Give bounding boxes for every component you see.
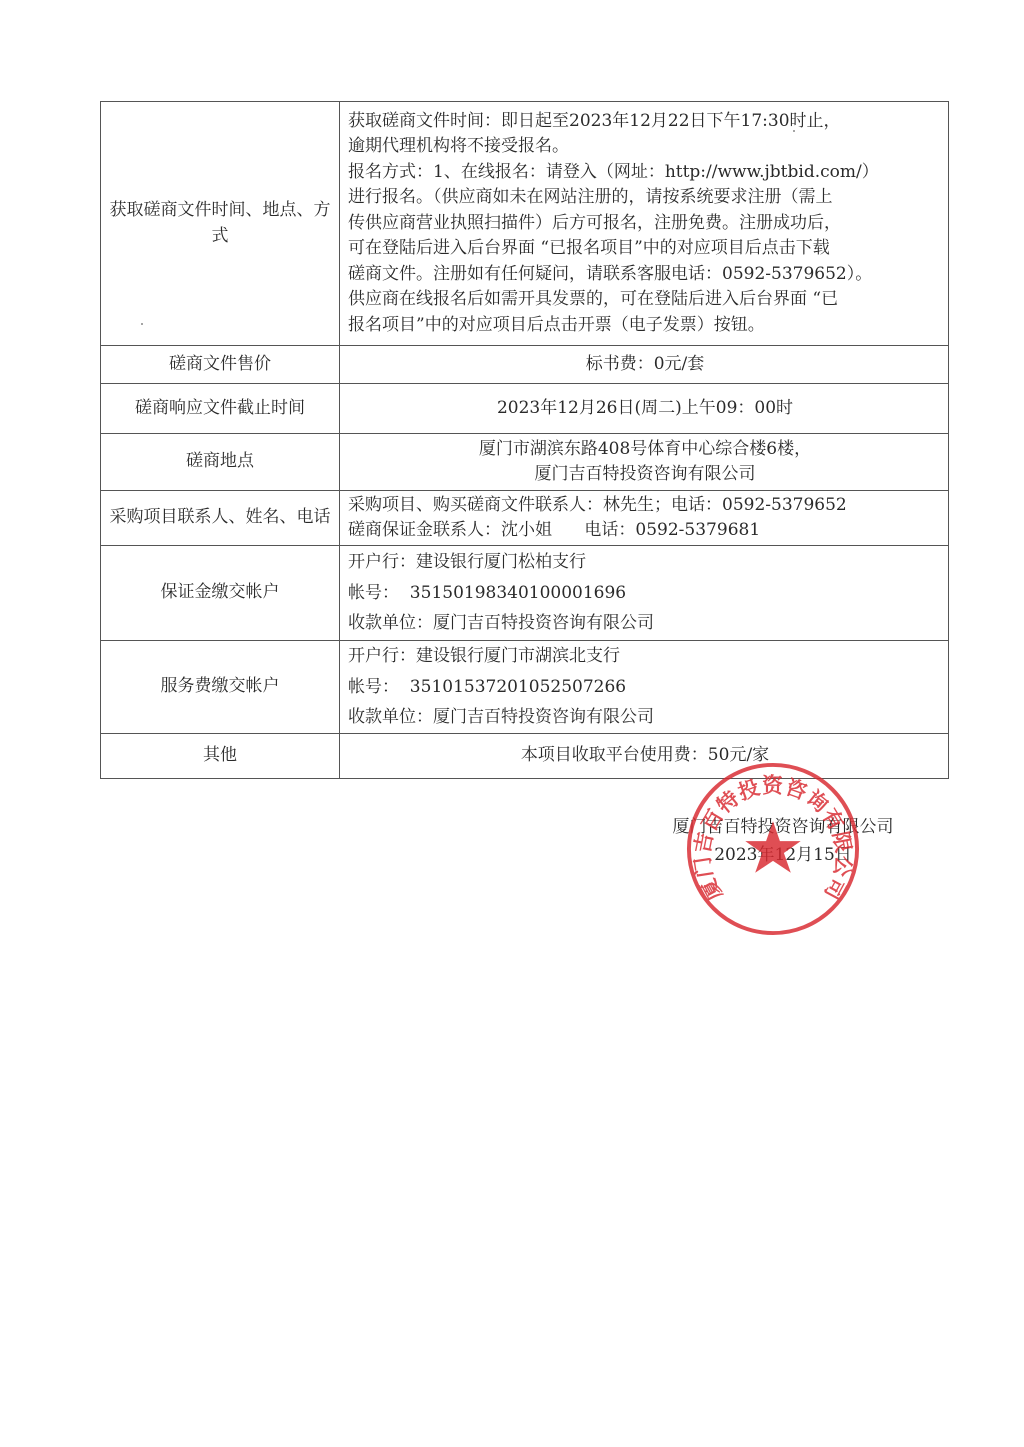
row-value: 2023年12月26日(周二)上午09：00时: [340, 384, 949, 434]
text-line: 厦门吉百特投资咨询有限公司: [348, 462, 942, 488]
row-label: 采购项目联系人、姓名、电话: [101, 491, 340, 546]
row-label: 磋商文件售价: [101, 346, 340, 384]
row-label: 磋商地点: [101, 434, 340, 491]
text-line: 磋商保证金联系人：沈小姐 电话：0592-5379681: [348, 518, 942, 544]
row-label: 其他: [101, 733, 340, 778]
row-value: 获取磋商文件时间：即日起至2023年12月22日下午17:30时止， 逾期代理机…: [340, 102, 949, 346]
row-label: 保证金缴交帐户: [101, 546, 340, 641]
scan-speck: [793, 130, 795, 132]
row-value: 厦门市湖滨东路408号体育中心综合楼6楼， 厦门吉百特投资咨询有限公司: [340, 434, 949, 491]
text-line: 厦门市湖滨东路408号体育中心综合楼6楼，: [348, 437, 942, 463]
table-row-deadline: 磋商响应文件截止时间 2023年12月26日(周二)上午09：00时: [101, 384, 949, 434]
table-row-other: 其他 本项目收取平台使用费：50元/家: [101, 733, 949, 778]
payee: 收款单位：厦门吉百特投资咨询有限公司: [348, 702, 942, 733]
account-number: 帐号： 35101537201052507266: [348, 672, 942, 703]
text-line: 传供应商营业执照扫描件）后方可报名，注册免费。注册成功后，: [348, 211, 942, 237]
text-line: 磋商文件。注册如有任何疑问，请联系客服电话：0592-5379652）。: [348, 262, 942, 288]
text-line: 报名项目”中的对应项目后点击开票（电子发票）按钮。: [348, 313, 942, 339]
signature-company: 厦门吉百特投资咨询有限公司: [648, 813, 918, 841]
row-value: 本项目收取平台使用费：50元/家: [340, 733, 949, 778]
text-line: 采购项目、购买磋商文件联系人：林先生；电话：0592-5379652: [348, 493, 942, 519]
table-row-acquisition: 获取磋商文件时间、地点、方式 获取磋商文件时间：即日起至2023年12月22日下…: [101, 102, 949, 346]
table-row-service-fee-account: 服务费缴交帐户 开户行：建设银行厦门市湖滨北支行 帐号： 35101537201…: [101, 641, 949, 734]
procurement-info-table: 获取磋商文件时间、地点、方式 获取磋商文件时间：即日起至2023年12月22日下…: [100, 101, 949, 779]
bank-name: 开户行：建设银行厦门市湖滨北支行: [348, 641, 942, 672]
text-line: 获取磋商文件时间：即日起至2023年12月22日下午17:30时止，: [348, 109, 942, 135]
table-row-document-price: 磋商文件售价 标书费：0元/套: [101, 346, 949, 384]
payee: 收款单位：厦门吉百特投资咨询有限公司: [348, 608, 942, 639]
signature-date: 2023年12月15日: [648, 841, 918, 869]
row-value: 标书费：0元/套: [340, 346, 949, 384]
row-label: 服务费缴交帐户: [101, 641, 340, 734]
row-label: 获取磋商文件时间、地点、方式: [101, 102, 340, 346]
row-value: 采购项目、购买磋商文件联系人：林先生；电话：0592-5379652 磋商保证金…: [340, 491, 949, 546]
signature-block: 厦门吉百特投资咨询有限公司 2023年12月15日: [648, 813, 918, 869]
text-line: 进行报名。（供应商如未在网站注册的，请按系统要求注册（需上: [348, 185, 942, 211]
row-label: 磋商响应文件截止时间: [101, 384, 340, 434]
text-line: 可在登陆后进入后台界面 “已报名项目”中的对应项目后点击下载: [348, 236, 942, 262]
table-row-deposit-account: 保证金缴交帐户 开户行：建设银行厦门松柏支行 帐号： 3515019834010…: [101, 546, 949, 641]
table-row-location: 磋商地点 厦门市湖滨东路408号体育中心综合楼6楼， 厦门吉百特投资咨询有限公司: [101, 434, 949, 491]
row-value: 开户行：建设银行厦门市湖滨北支行 帐号： 3510153720105250726…: [340, 641, 949, 734]
scan-speck: [141, 323, 143, 325]
account-number: 帐号： 35150198340100001696: [348, 578, 942, 609]
bank-name: 开户行：建设银行厦门松柏支行: [348, 547, 942, 578]
text-line: 逾期代理机构将不接受报名。: [348, 134, 942, 160]
text-line: 供应商在线报名后如需开具发票的，可在登陆后进入后台界面 “已: [348, 287, 942, 313]
text-line: 报名方式：1、在线报名：请登入（网址：http://www.jbtbid.com…: [348, 160, 942, 186]
row-value: 开户行：建设银行厦门松柏支行 帐号： 35150198340100001696 …: [340, 546, 949, 641]
table-row-contacts: 采购项目联系人、姓名、电话 采购项目、购买磋商文件联系人：林先生；电话：0592…: [101, 491, 949, 546]
